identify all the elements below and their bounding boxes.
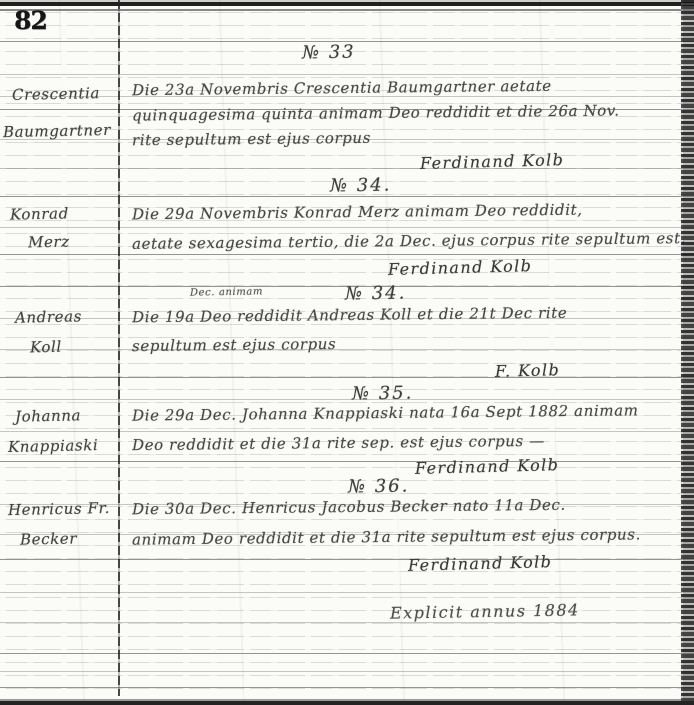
- ruled-line: [0, 349, 694, 350]
- ruled-line: [0, 377, 694, 378]
- ruled-line: [0, 399, 694, 400]
- footer-note: Explicit annus 1884: [390, 600, 580, 622]
- scanned-register-page: 82 № 33 Crescentia Baumgartner Die 23a N…: [0, 0, 694, 705]
- scan-edge-bottom: [0, 695, 694, 705]
- entry-signature: Ferdinand Kolb: [408, 552, 553, 575]
- margin-name-line: Koll: [30, 338, 62, 357]
- scan-edge-top: [0, 0, 694, 14]
- entry-heading: № 33: [302, 42, 356, 64]
- page-number: 82: [14, 6, 47, 35]
- entry-heading: № 35.: [352, 382, 414, 404]
- entry-heading: № 34.: [330, 174, 392, 196]
- margin-name-line: Merz: [28, 233, 70, 252]
- scan-edge-right: [681, 0, 694, 705]
- ruled-line: [0, 227, 694, 228]
- insertion-note: Dec. animam: [190, 286, 263, 298]
- ruled-line: [0, 592, 694, 593]
- entry-text-line: sepultum est ejus corpus: [132, 335, 336, 355]
- margin-name-line: Henricus Fr.: [8, 499, 110, 519]
- margin-name-line: Becker: [20, 529, 77, 548]
- ruled-line: [0, 461, 694, 462]
- ruled-line: [0, 254, 694, 255]
- ruled-line: [0, 622, 694, 623]
- ruled-line: [0, 74, 694, 75]
- margin-name-line: Knappiaski: [8, 436, 99, 456]
- margin-rule: [118, 0, 120, 696]
- entry-signature: Ferdinand Kolb: [388, 256, 533, 279]
- entry-text-line: rite sepultum est ejus corpus: [132, 129, 371, 150]
- margin-name-line: Baumgartner: [3, 121, 111, 141]
- ruled-line: [0, 653, 694, 654]
- ruled-line: [0, 168, 694, 169]
- ruled-line: [0, 671, 694, 672]
- entry-signature: Ferdinand Kolb: [420, 150, 565, 173]
- ruled-line: [0, 687, 694, 688]
- entry-signature: F. Kolb: [495, 360, 561, 381]
- margin-name-line: Konrad: [10, 204, 69, 223]
- margin-name-line: Johanna: [15, 406, 81, 425]
- entry-heading: № 34.: [345, 282, 407, 304]
- ruled-line: [0, 559, 694, 560]
- entry-heading: № 36.: [348, 475, 410, 497]
- ruled-line: [0, 431, 694, 432]
- margin-name-line: Andreas: [15, 307, 82, 326]
- entry-signature: Ferdinand Kolb: [415, 455, 560, 478]
- margin-name-line: Crescentia: [12, 84, 100, 104]
